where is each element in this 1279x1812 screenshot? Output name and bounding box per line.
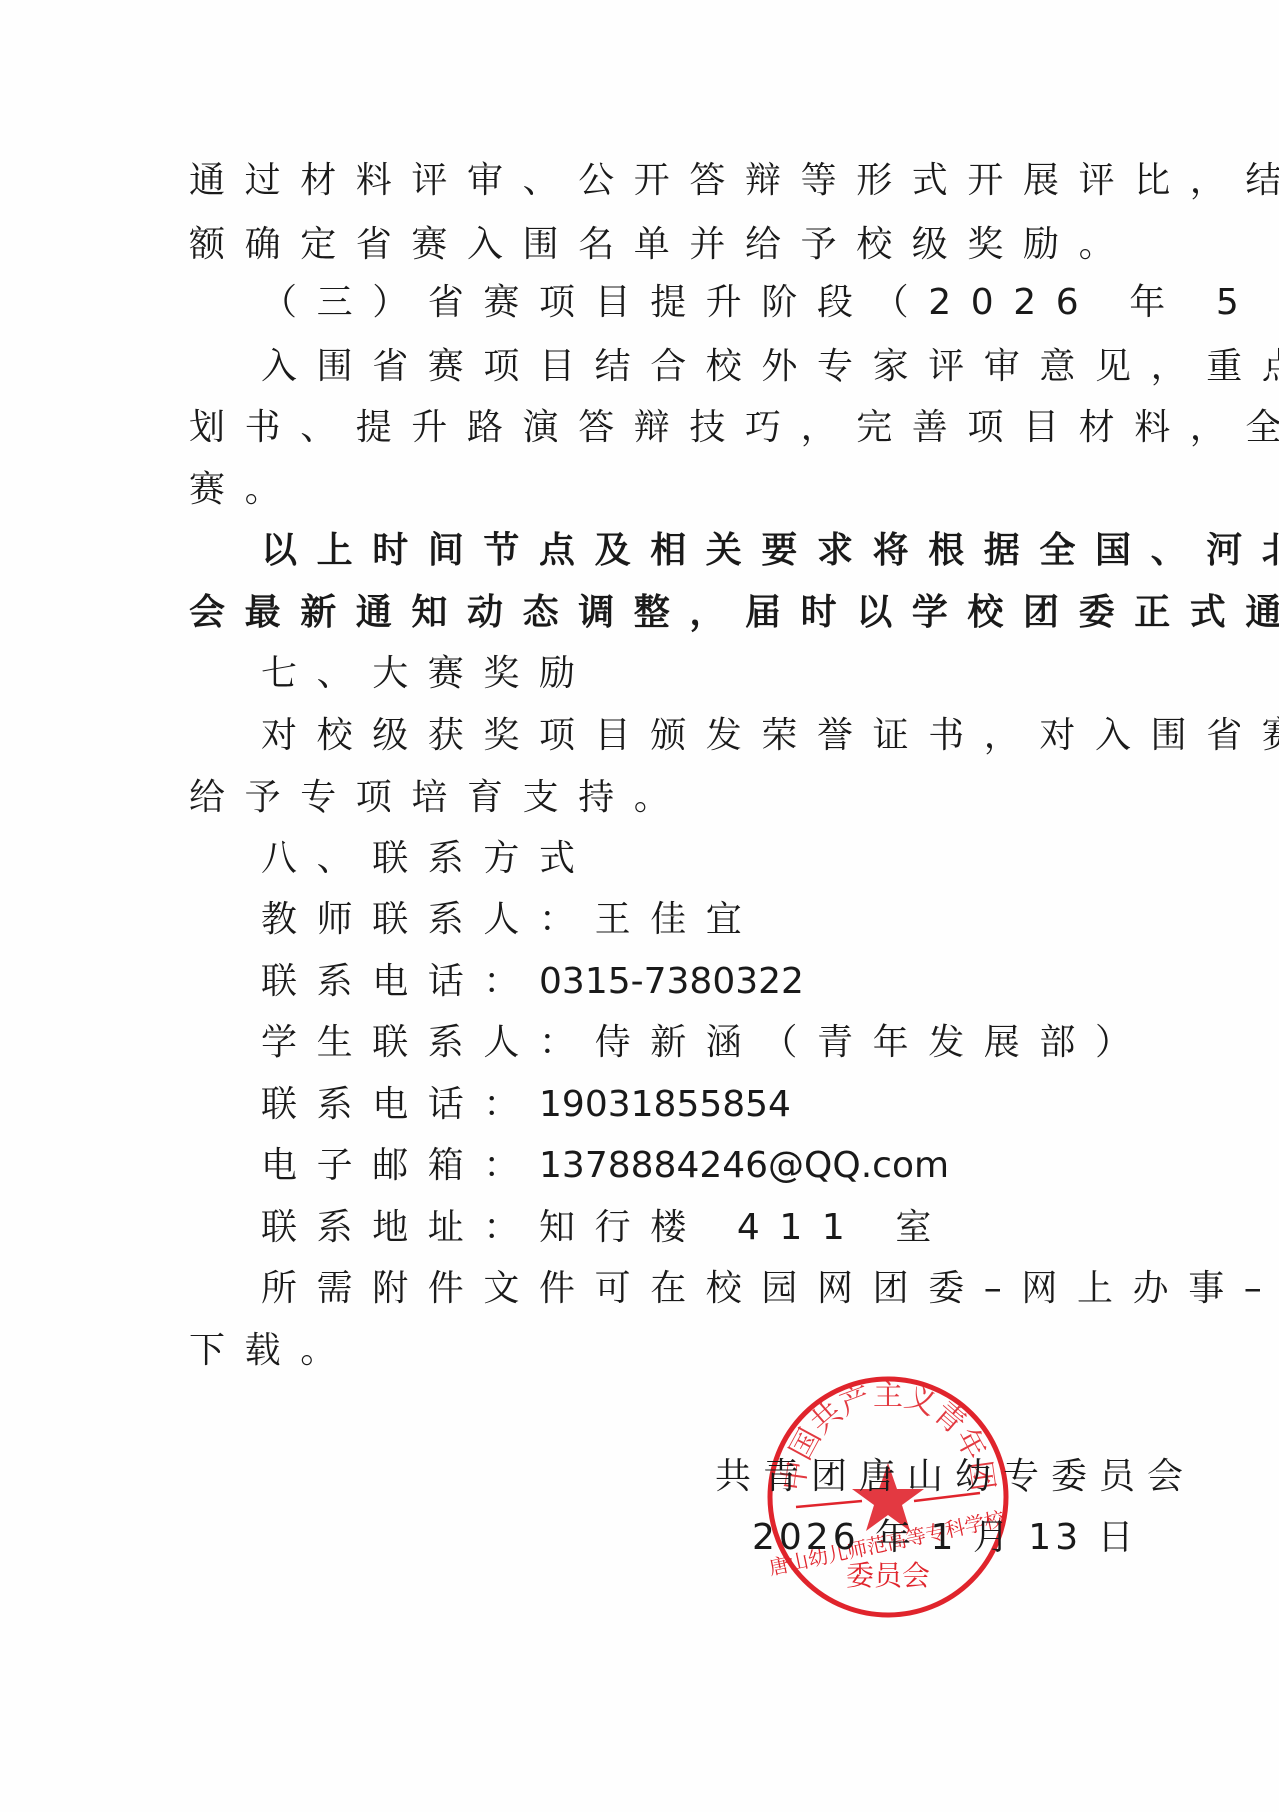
teacher-contact-label: 教师联系人： bbox=[261, 899, 595, 940]
address: 联系地址：知行楼 411 室 bbox=[261, 1197, 1161, 1258]
teacher-phone-label: 联系电话： bbox=[261, 961, 539, 1002]
section-heading-stage-3: （三）省赛项目提升阶段（2026 年 5 月） bbox=[261, 272, 1161, 333]
section-heading-contact: 八、联系方式 bbox=[261, 828, 1161, 889]
attachment-note-line: 所需附件文件可在校园网团委–网上办事–活动申报中 bbox=[261, 1258, 1161, 1319]
body-line: 给予专项培育支持。 bbox=[189, 767, 1089, 828]
signature-org: 共青团唐山幼专委员会 bbox=[715, 1446, 1195, 1507]
body-line: 入围省赛项目结合校外专家评审意见，重点优化商业计 bbox=[261, 336, 1161, 397]
email: 电子邮箱：1378884246@QQ.com bbox=[261, 1135, 1161, 1196]
email-address: 1378884246@QQ.com bbox=[539, 1145, 949, 1186]
address-value: 知行楼 411 室 bbox=[539, 1207, 951, 1248]
address-label: 联系地址： bbox=[261, 1207, 539, 1248]
teacher-contact: 教师联系人：王佳宜 bbox=[261, 889, 1161, 950]
notice-line-bold: 以上时间节点及相关要求将根据全国、河北省竞赛组委 bbox=[261, 520, 1161, 581]
body-line: 通过材料评审、公开答辩等形式开展评比，结合省赛推报名 bbox=[189, 150, 1089, 211]
notice-line-bold: 会最新通知动态调整，届时以学校团委正式通知为准。 bbox=[189, 582, 1089, 643]
student-contact: 学生联系人：侍新涵（青年发展部） bbox=[261, 1012, 1161, 1073]
student-phone-number: 19031855854 bbox=[539, 1084, 791, 1125]
body-line: 划书、提升路演答辩技巧，完善项目材料，全力备战省级竞 bbox=[189, 397, 1089, 458]
student-contact-label: 学生联系人： bbox=[261, 1022, 595, 1063]
email-label: 电子邮箱： bbox=[261, 1145, 539, 1186]
body-line: 对校级获奖项目颁发荣誉证书，对入围省赛的项目团队 bbox=[261, 705, 1161, 766]
document-page: 通过材料评审、公开答辩等形式开展评比，结合省赛推报名 额确定省赛入围名单并给予校… bbox=[0, 0, 1279, 1812]
teacher-phone: 联系电话：0315-7380322 bbox=[261, 951, 1161, 1012]
section-heading-awards: 七、大赛奖励 bbox=[261, 643, 1161, 704]
teacher-phone-number: 0315-7380322 bbox=[539, 961, 804, 1002]
body-line: 额确定省赛入围名单并给予校级奖励。 bbox=[189, 214, 1089, 275]
teacher-contact-name: 王佳宜 bbox=[595, 899, 762, 940]
body-line: 赛。 bbox=[189, 459, 1089, 520]
signature-date: 2026 年 1 月 13 日 bbox=[752, 1507, 1138, 1568]
student-contact-name: 侍新涵（青年发展部） bbox=[595, 1022, 1151, 1063]
attachment-note-line: 下载。 bbox=[189, 1320, 1089, 1381]
student-phone: 联系电话：19031855854 bbox=[261, 1074, 1161, 1135]
student-phone-label: 联系电话： bbox=[261, 1084, 539, 1125]
